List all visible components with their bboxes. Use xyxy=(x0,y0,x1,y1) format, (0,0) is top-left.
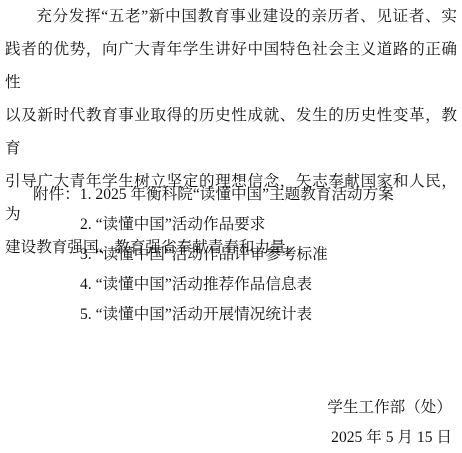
attachment-item: 2. “读懂中国”活动作品要求 xyxy=(80,210,394,240)
paragraph-line: 以及新时代教育事业取得的历史性成就、发生的历史性变革，教育 xyxy=(5,99,457,165)
signature-block: 学生工作部（处） 2025 年 5 月 15 日 xyxy=(327,393,452,453)
document-page: 充分发挥“五老”新中国教育事业建设的亲历者、见证者、实 践者的优势，向广大青年学… xyxy=(0,0,462,453)
attachment-item: 5. “读懂中国”活动开展情况统计表 xyxy=(80,300,394,330)
paragraph-line: 充分发挥“五老”新中国教育事业建设的亲历者、见证者、实 xyxy=(5,0,457,33)
attachments-list: 附件：1. 2025 年衡科院“读懂中国”主题教育活动方案 2. “读懂中国”活… xyxy=(33,180,394,330)
attachments-first-line: 附件：1. 2025 年衡科院“读懂中国”主题教育活动方案 xyxy=(33,180,394,210)
paragraph-line: 践者的优势，向广大青年学生讲好中国特色社会主义道路的正确性 xyxy=(5,33,457,99)
signature-date: 2025 年 5 月 15 日 xyxy=(327,423,452,453)
attachment-item: 3. “读懂中国”活动作品评审参考标准 xyxy=(80,240,394,270)
attachment-item: 4. “读懂中国”活动推荐作品信息表 xyxy=(80,270,394,300)
attachment-item: 1. 2025 年衡科院“读懂中国”主题教育活动方案 xyxy=(80,186,394,203)
signature-department: 学生工作部（处） xyxy=(327,393,452,423)
attachments-label: 附件： xyxy=(33,186,80,203)
